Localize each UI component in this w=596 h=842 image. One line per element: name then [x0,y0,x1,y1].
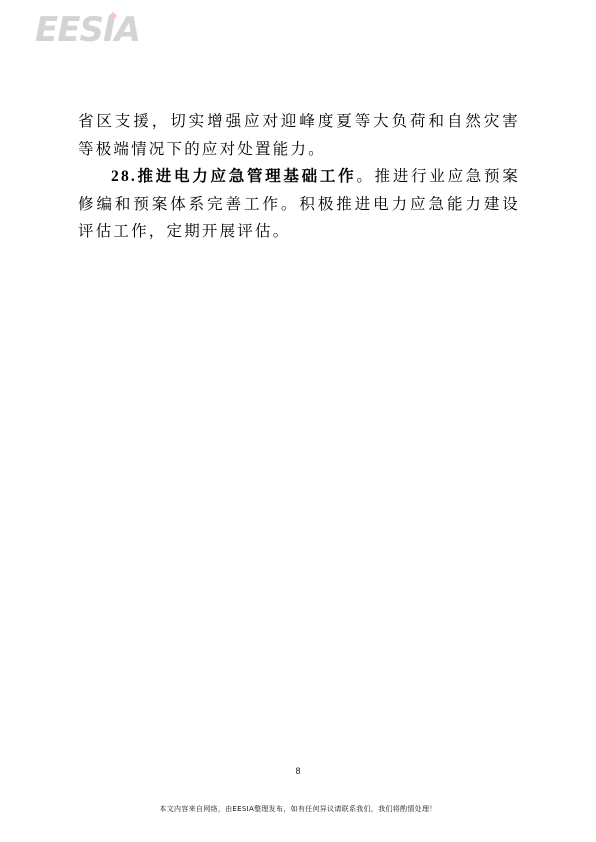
eesia-logo: EESIA [35,10,140,50]
document-body: 省区支援，切实增强应对迎峰度夏等大负荷和自然灾害等极端情况下的应对处置能力。 2… [78,108,520,246]
item-heading: 28.推进电力应急管理基础工作 [111,168,356,185]
paragraph-continuation: 省区支援，切实增强应对迎峰度夏等大负荷和自然灾害等极端情况下的应对处置能力。 [78,108,520,163]
logo-text-main: EES [35,10,103,50]
footer-disclaimer: 本文内容来自网络，由EESIA整理发布，如有任何异议请联系我们，我们将酌情处理！ [0,804,596,814]
logo-text-end: A [115,10,140,50]
logo-i-with-accent: I [103,10,115,50]
page-number: 8 [0,766,596,776]
paragraph-item-28: 28.推进电力应急管理基础工作。推进行业应急预案修编和预案体系完善工作。积极推进… [78,163,520,246]
